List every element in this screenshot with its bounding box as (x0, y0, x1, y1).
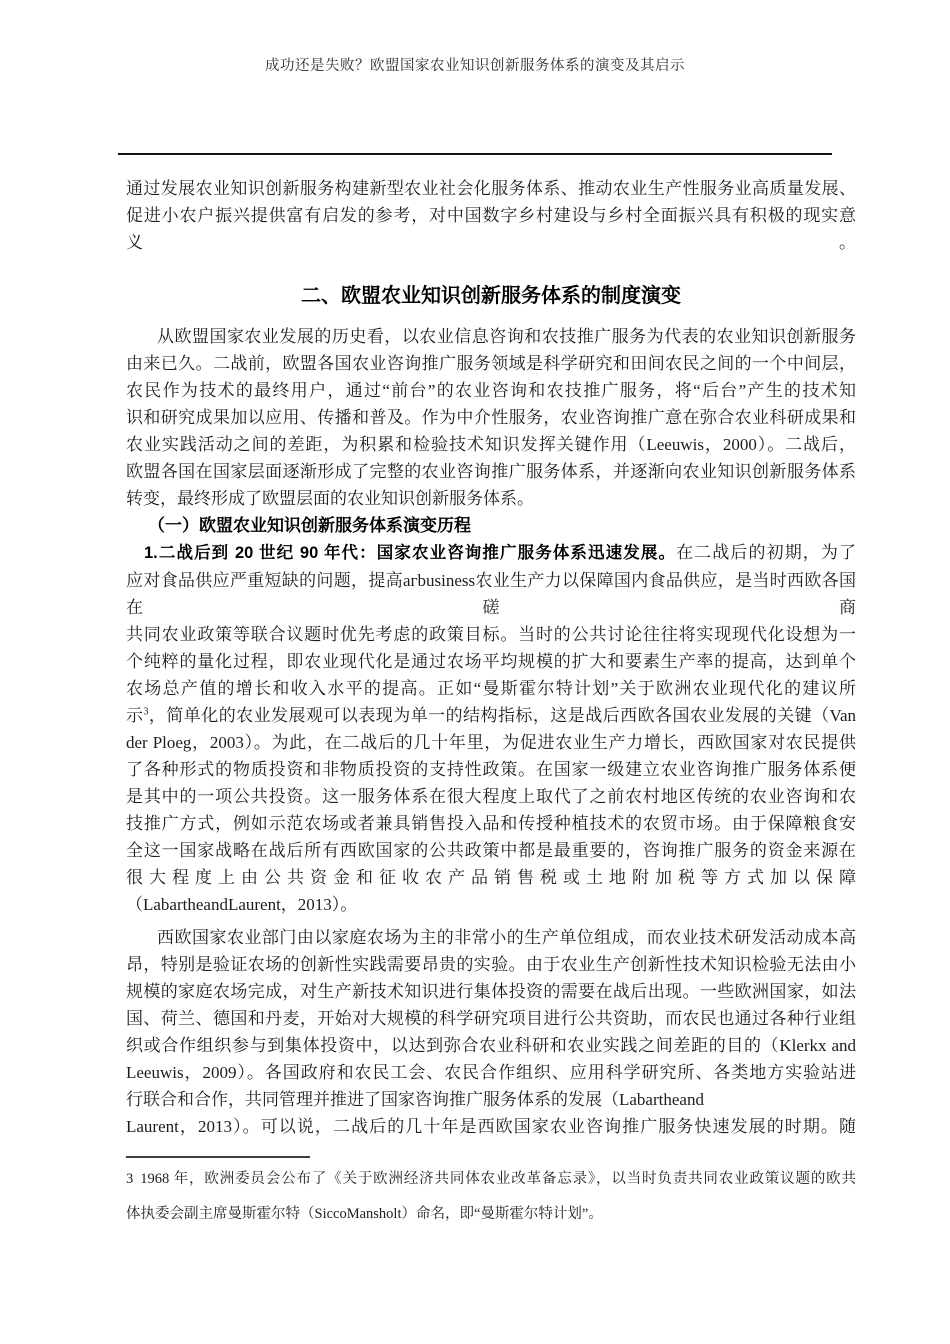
footnote-number: 3 (126, 1171, 133, 1187)
header-divider (118, 153, 832, 155)
text-line: 从欧盟国家农业发展的历史看，以农业信息咨询和农技推广服务为代表的农业知识创新服务 (126, 323, 856, 350)
intro-paragraph: 通过发展农业知识创新服务构建新型农业社会化服务体系、推动农业生产性服务业高质量发… (126, 175, 856, 256)
postwar-paragraph: 1.二战后到 20 世纪 90 年代：国家农业咨询推广服务体系迅速发展。在二战后… (126, 539, 856, 918)
text-line: 转变，最终形成了欧盟层面的农业知识创新服务体系。 (126, 485, 856, 512)
running-header: 成功还是失败？欧盟国家农业知识创新服务体系的演变及其启示 (0, 54, 950, 75)
text-line: 通过发展农业知识创新服务构建新型农业社会化服务体系、推动农业生产性服务业高质量发… (126, 175, 856, 202)
document-page: 成功还是失败？欧盟国家农业知识创新服务体系的演变及其启示 通过发展农业知识创新服… (0, 0, 950, 1344)
text-line: 国、荷兰、德国和丹麦，开始对大规模的科学研究项目进行公共资助，而农民也通过各种行… (126, 1005, 856, 1032)
collective-paragraph: 西欧国家农业部门由以家庭农场为主的非常小的生产单位组成，而农业技术研发活动成本高… (126, 924, 856, 1140)
text-line: 技推广方式，例如示范农场或者兼具销售投入品和传授种植技术的农贸市场。由于保障粮食… (126, 810, 856, 837)
footnote-line: 体执委会副主席曼斯霍尔特（SiccoMansholt）命名，即“曼斯霍尔特计划”… (126, 1197, 856, 1232)
text-line: 欧盟各国在国家层面逐渐形成了完整的农业咨询推广服务体系，并逐渐向农业知识创新服务… (126, 458, 856, 485)
subsection-heading: （一）欧盟农业知识创新服务体系演变历程 (126, 512, 856, 539)
text-line: 行联合和合作，共同管理并推进了国家咨询推广服务体系的发展（Labartheand (126, 1086, 856, 1113)
text-line: 很大程度上由公共资金和征收农产品销售税或土地附加税等方式加以保障 (126, 864, 856, 891)
text-line: 西欧国家农业部门由以家庭农场为主的非常小的生产单位组成，而农业技术研发活动成本高 (126, 924, 856, 951)
text-line: 织或合作组织参与到集体投资中，以达到弥合农业科研和农业实践之间差距的目的（Kle… (126, 1032, 856, 1059)
text-line: 示3，简单化的农业发展观可以表现为单一的结构指标，这是战后西欧各国农业发展的关键… (126, 702, 856, 729)
text-segment: 1968 年，欧洲委员会公布了《关于欧洲经济共同体农业改革备忘录》，以当时负责共… (140, 1171, 856, 1187)
text-line: Leeuwis，2009）。各国政府和农民工会、农民合作组织、应用科学研究所、各… (126, 1059, 856, 1086)
section-heading: 二、欧盟农业知识创新服务体系的制度演变 (126, 282, 856, 310)
footnote-line: 31968 年，欧洲委员会公布了《关于欧洲经济共同体农业改革备忘录》，以当时负责… (126, 1162, 856, 1197)
text-line: 共同农业政策等联合议题时优先考虑的政策目标。当时的公共讨论往往将实现现代化设想为… (126, 621, 856, 648)
footnote-divider (126, 1156, 310, 1158)
text-segment: 示 (126, 706, 143, 725)
text-segment: 在二战后的初期，为了 (676, 543, 856, 562)
text-line: 农场总产值的增长和收入水平的提高。正如“曼斯霍尔特计划”关于欧洲农业现代化的建议… (126, 675, 856, 702)
text-line: 是其中的一项公共投资。这一服务体系在很大程度上取代了之前农村地区传统的农业咨询和… (126, 783, 856, 810)
run-in-heading: 1.二战后到 20 世纪 90 年代：国家农业咨询推广服务体系迅速发展。 (144, 544, 676, 562)
text-line: 由来已久。二战前，欧盟各国农业咨询推广服务领域是科学研究和田间农民之间的一个中间… (126, 350, 856, 377)
text-line: der Ploeg，2003）。为此，在二战后的几十年里，为促进农业生产力增长，… (126, 729, 856, 756)
text-line: 了各种形式的物质投资和非物质投资的支持性政策。在国家一级建立农业咨询推广服务体系… (126, 756, 856, 783)
text-line: 规模的家庭农场完成，对生产新技术知识进行集体投资的需要在战后出现。一些欧洲国家，… (126, 978, 856, 1005)
text-line: 全这一国家战略在战后所有西欧国家的公共政策中都是最重要的，咨询推广服务的资金来源… (126, 837, 856, 864)
text-line: （LabartheandLaurent，2013）。 (126, 891, 856, 918)
text-line: 促进小农户振兴提供富有启发的参考，对中国数字乡村建设与乡村全面振兴具有积极的现实… (126, 202, 856, 256)
history-paragraph: 从欧盟国家农业发展的历史看，以农业信息咨询和农技推广服务为代表的农业知识创新服务… (126, 323, 856, 512)
text-line: 应对食品供应严重短缺的问题，提高агbusiness农业生产力以保障国内食品供应… (126, 567, 856, 621)
text-line: 昂，特别是验证农场的创新性实践需要昂贵的实验。由于农业生产创新性技术知识检验无法… (126, 951, 856, 978)
text-segment: ，简单化的农业发展观可以表现为单一的结构指标，这是战后西欧各国农业发展的关键（V… (148, 706, 856, 725)
text-line: 个纯粹的量化过程，即农业现代化是通过农场平均规模的扩大和要素生产率的提高，达到单… (126, 648, 856, 675)
page-body: 通过发展农业知识创新服务构建新型农业社会化服务体系、推动农业生产性服务业高质量发… (126, 175, 856, 1232)
text-line: 农业实践活动之间的差距，为积累和检验技术知识发挥关键作用（Leeuwis，200… (126, 431, 856, 458)
footnote-section: 31968 年，欧洲委员会公布了《关于欧洲经济共同体农业改革备忘录》，以当时负责… (126, 1156, 856, 1232)
text-line: Laurent，2013）。可以说，二战后的几十年是西欧国家农业咨询推广服务快速… (126, 1113, 856, 1140)
text-line: 识和研究成果加以应用、传播和普及。作为中介性服务，农业咨询推广意在弥合农业科研成… (126, 404, 856, 431)
text-line: 农民作为技术的最终用户，通过“前台”的农业咨询和农技推广服务，将“后台”产生的技… (126, 377, 856, 404)
text-line: 1.二战后到 20 世纪 90 年代：国家农业咨询推广服务体系迅速发展。在二战后… (126, 539, 856, 567)
